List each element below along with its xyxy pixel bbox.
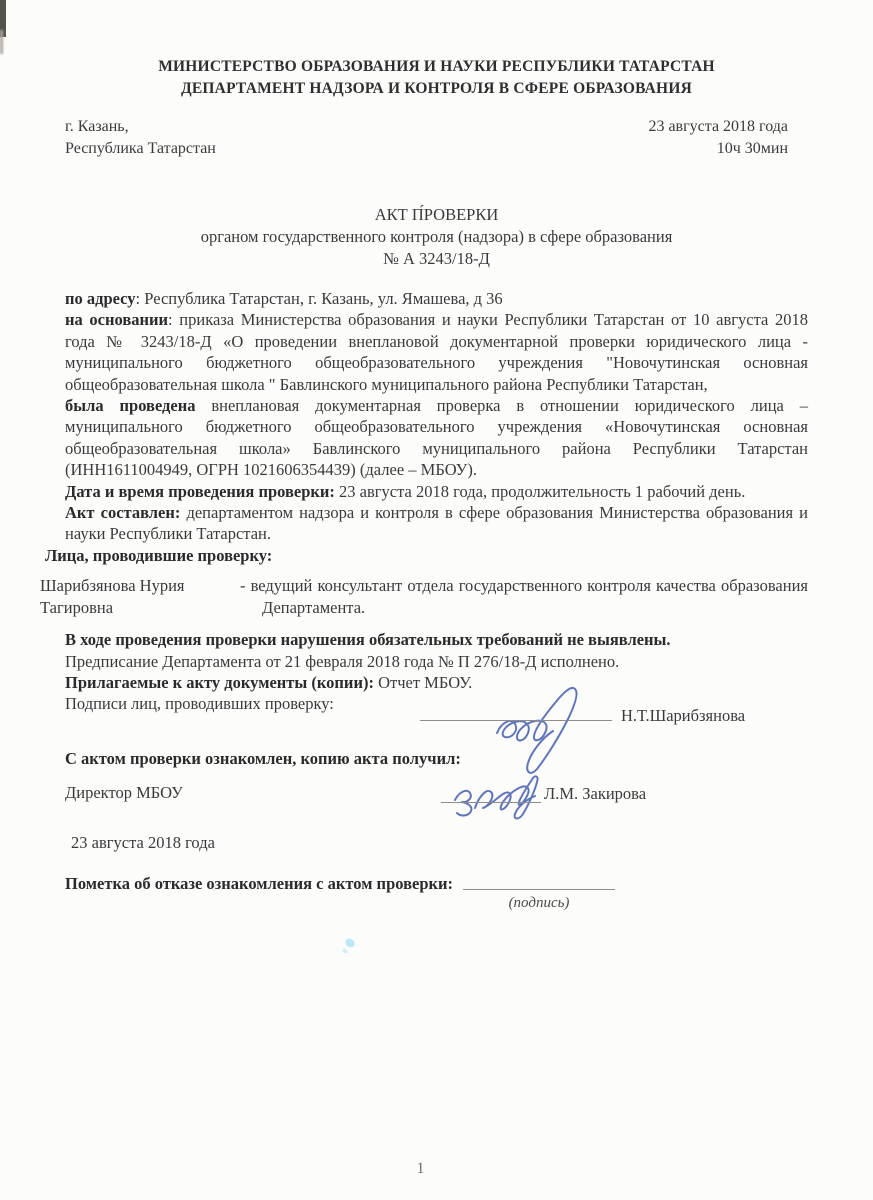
- document-title: АКТ П́РОВЕРКИ органом государственного к…: [65, 204, 808, 270]
- inspector-role: - ведущий консультант отдела государстве…: [240, 575, 808, 618]
- findings-statement: В ходе проведения проверки нарушения обя…: [65, 629, 808, 650]
- inspector-name-line2: Тагировна: [40, 597, 240, 618]
- inspector-row: Шарибзянова Нурия Тагировна - ведущий ко…: [40, 575, 808, 618]
- attachments-label: Прилагаемые к акту документы (копии):: [65, 673, 374, 692]
- ink-smudge-shape: [344, 937, 357, 949]
- inspector-signature-stroke: [497, 688, 577, 773]
- document-body: по адресу: Республика Татарстан, г. Каза…: [65, 288, 808, 545]
- ministry-name: МИНИСТЕРСТВО ОБРАЗОВАНИЯ И НАУКИ РЕСПУБЛ…: [65, 56, 808, 78]
- address-text: : Республика Татарстан, г. Казань, ул. Я…: [136, 289, 503, 308]
- refusal-signature-area: (подпись): [463, 873, 615, 914]
- title-line1: АКТ П́РОВЕРКИ: [65, 204, 808, 226]
- inspector-signature-block: Н.Т.Шарибзянова: [65, 715, 808, 748]
- attachments-text: Отчет МБОУ.: [374, 673, 472, 692]
- director-signature-stroke: [455, 776, 538, 818]
- refusal-label: Пометка об отказе ознакомления с актом п…: [65, 873, 453, 894]
- inspector-signature-name: Н.Т.Шарибзянова: [621, 706, 745, 726]
- datetime-block: 23 августа 2018 года 10ч 30мин: [648, 116, 808, 160]
- datetime-text: 23 августа 2018 года, продолжительность …: [335, 482, 745, 501]
- director-signature-name: Л.М. Закирова: [544, 783, 646, 804]
- scanned-document-page: МИНИСТЕРСТВО ОБРАЗОВАНИЯ И НАУКИ РЕСПУБЛ…: [0, 0, 873, 1200]
- paragraph-conducted: была проведена внеплановая документарная…: [65, 395, 808, 481]
- address-label: по адресу: [65, 289, 136, 308]
- attachments-line: Прилагаемые к акту документы (копии): От…: [65, 672, 808, 693]
- director-signature: [449, 770, 545, 822]
- scan-edge-shadow: [0, 30, 3, 54]
- document-header: МИНИСТЕРСТВО ОБРАЗОВАНИЯ И НАУКИ РЕСПУБЛ…: [65, 56, 808, 100]
- acquainted-statement: С актом проверки ознакомлен, копию акта …: [65, 748, 808, 769]
- city-line: г. Казань,: [65, 116, 216, 138]
- signing-date: 23 августа 2018 года: [65, 832, 808, 853]
- place-block: г. Казань, Республика Татарстан: [65, 116, 216, 160]
- date-line: 23 августа 2018 года: [648, 116, 788, 138]
- basis-label: на основании: [65, 310, 168, 329]
- basis-text: : приказа Министерства образования и нау…: [65, 310, 808, 393]
- region-line: Республика Татарстан: [65, 138, 216, 160]
- inspector-signature: [491, 681, 586, 776]
- paragraph-composed: Акт составлен: департаментом надзора и к…: [65, 502, 808, 545]
- place-date-row: г. Казань, Республика Татарстан 23 авгус…: [65, 116, 808, 160]
- refusal-signature-line: [463, 873, 615, 890]
- composed-label: Акт составлен:: [65, 503, 180, 522]
- paragraph-datetime: Дата и время проведения проверки: 23 авг…: [65, 481, 808, 502]
- department-name: ДЕПАРТАМЕНТ НАДЗОРА И КОНТРОЛЯ В СФЕРЕ О…: [65, 78, 808, 100]
- time-line: 10ч 30мин: [648, 138, 788, 160]
- director-signature-row: Директор МБОУ Л.М. Закирова: [65, 782, 808, 806]
- persons-heading: Лица, проводившие проверку:: [45, 545, 808, 566]
- conducted-label: была проведена: [65, 396, 195, 415]
- inspector-name-line1: Шарибзянова Нурия: [40, 575, 240, 596]
- inspector-name: Шарибзянова Нурия Тагировна: [40, 575, 240, 618]
- paragraph-address: по адресу: Республика Татарстан, г. Каза…: [65, 288, 808, 309]
- document-number: № А 3243/18-Д: [65, 248, 808, 270]
- inspector-signature-line: [420, 720, 612, 721]
- director-label: Директор МБОУ: [65, 783, 183, 802]
- prescription-statement: Предписание Департамента от 21 февраля 2…: [65, 651, 808, 672]
- refusal-row: Пометка об отказе ознакомления с актом п…: [65, 873, 808, 914]
- datetime-label: Дата и время проведения проверки:: [65, 482, 335, 501]
- document-content: МИНИСТЕРСТВО ОБРАЗОВАНИЯ И НАУКИ РЕСПУБЛ…: [65, 0, 808, 914]
- page-number: 1: [0, 1160, 857, 1178]
- signature-caption: (подпись): [509, 893, 570, 914]
- ink-smudge-shape-2: [341, 948, 348, 955]
- paragraph-basis: на основании: приказа Министерства образ…: [65, 309, 808, 395]
- ink-smudge-artifact: [340, 936, 358, 956]
- director-signature-line: [441, 802, 541, 803]
- title-line2: органом государственного контроля (надзо…: [65, 226, 808, 248]
